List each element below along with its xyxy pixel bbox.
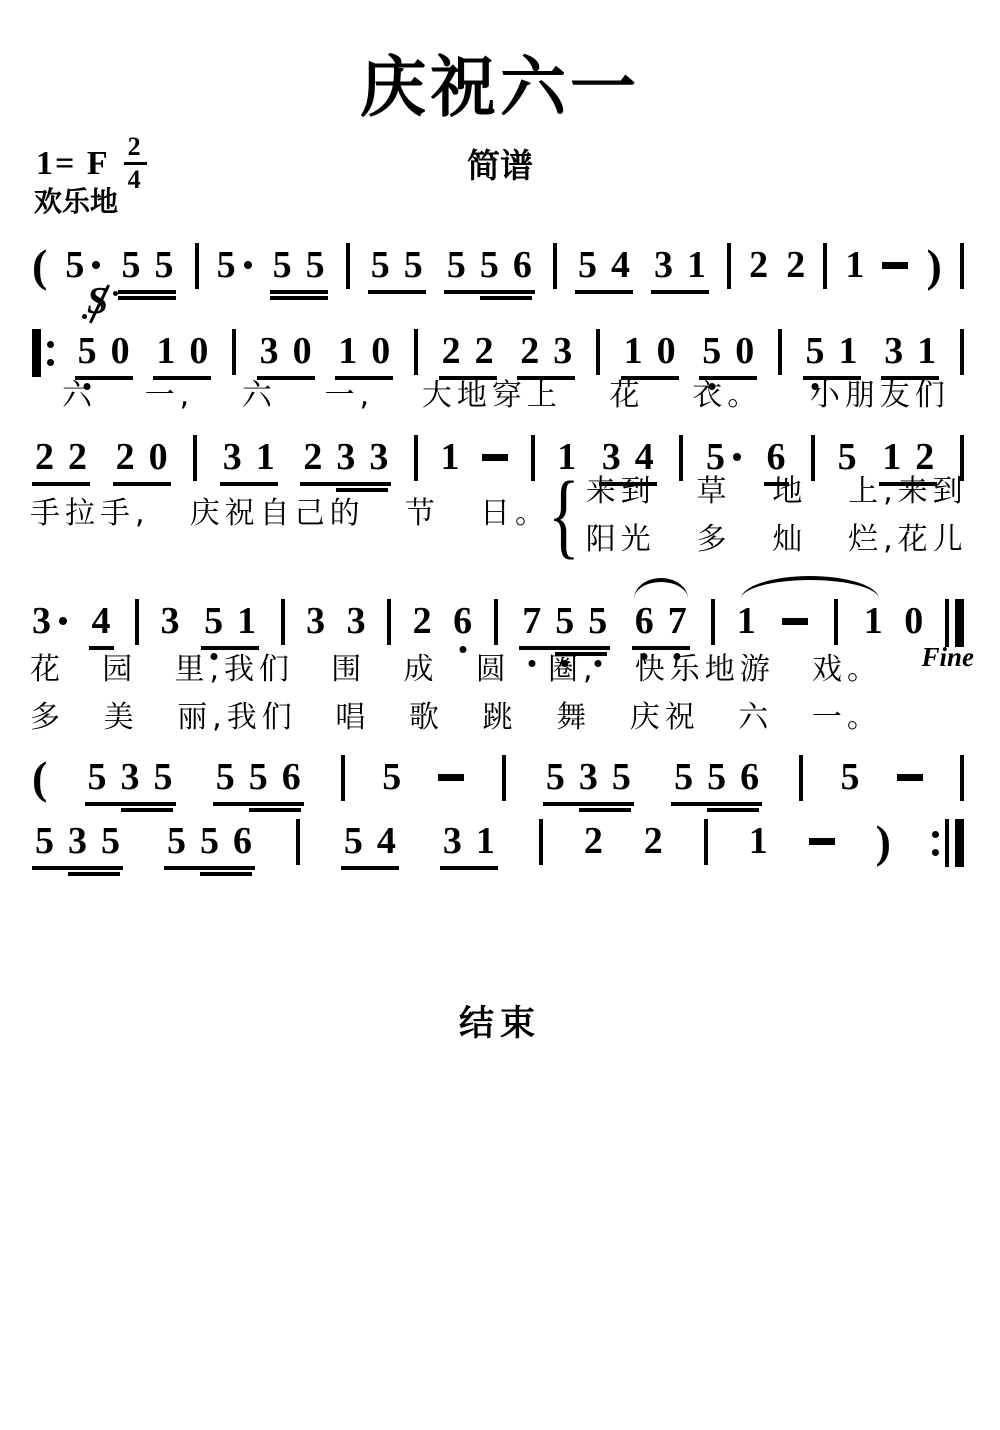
note-digit: 6	[282, 758, 301, 796]
note-digit: 5	[382, 758, 401, 796]
note-token: 5	[555, 602, 574, 640]
lyric-syllable: 草	[697, 474, 732, 510]
barline	[296, 819, 300, 865]
sub-beam: 35	[68, 822, 120, 860]
lyric-syllable: 跳	[483, 700, 518, 736]
rest-note: 0	[111, 332, 130, 370]
barline	[414, 329, 418, 375]
note-token: 3	[223, 438, 242, 476]
note-digit: 1	[338, 332, 357, 370]
duration-dash	[882, 262, 908, 269]
note-token: 5	[344, 822, 363, 860]
note-digit: 1	[864, 602, 883, 640]
note-token: 1	[882, 438, 901, 476]
beam-group: 55	[118, 246, 176, 294]
note-token: 5	[841, 758, 860, 796]
augmentation-dot	[92, 261, 100, 269]
note-digit: 5	[121, 246, 140, 284]
beam-group: 54	[341, 822, 399, 870]
sub-beam: 56	[200, 822, 252, 860]
barline	[531, 435, 535, 481]
sub-beam: 56	[707, 758, 759, 796]
note-digit: 5	[404, 246, 423, 284]
note-token: 7	[668, 602, 687, 640]
note-token: 1	[156, 332, 175, 370]
barline	[346, 243, 350, 289]
note-digit: 2	[68, 438, 87, 476]
augmentation-dot	[244, 261, 252, 269]
note-digit: 5	[480, 246, 499, 284]
note-token: 2	[35, 438, 54, 476]
note-digit: 4	[635, 438, 654, 476]
note-digit: 0	[657, 332, 676, 370]
lyric-syllable: 歌	[409, 700, 444, 736]
note-token: 5	[612, 758, 631, 796]
lyric-syllable: 成	[403, 652, 438, 688]
note-digit: 3	[32, 602, 51, 640]
barline-thin	[945, 599, 949, 647]
note-digit: 5	[35, 822, 54, 860]
note-token: 4	[611, 246, 630, 284]
sub-beam: 55	[555, 602, 607, 640]
note-token: 5	[167, 822, 186, 860]
verse-1-lyrics: 来到草地上,来到	[586, 474, 968, 510]
note-digit: 2	[644, 822, 663, 860]
note-digit: 1	[839, 332, 858, 370]
note-token: 6	[767, 438, 786, 476]
note-token: 5	[154, 246, 173, 284]
note-digit: 2	[116, 438, 135, 476]
note-token: 5	[35, 822, 54, 860]
note-token: 5	[216, 758, 235, 796]
note-digit: 2	[749, 246, 768, 284]
note-digit: 5	[838, 438, 857, 476]
note-token: 5	[588, 602, 607, 640]
sub-beam: 56	[480, 246, 532, 284]
note-digit: 5	[273, 246, 292, 284]
note-digit: 0	[293, 332, 312, 370]
lyric-syllable: 庆祝自己的	[190, 496, 365, 532]
lyrics-line-1: 六一,六一,大地穿上花衣。小朋友们	[62, 378, 950, 414]
rest-note: 0	[735, 332, 754, 370]
lyric-syllable: 里,我们	[174, 652, 294, 688]
beam-group: 535	[85, 758, 176, 806]
lyric-syllable: 节	[405, 496, 440, 532]
beam-group: 535	[543, 758, 634, 806]
lyric-syllable: 多	[697, 522, 732, 558]
beam-group: 556	[213, 758, 304, 806]
beam-group: 55	[270, 246, 328, 294]
lyric-syllable: 园	[102, 652, 137, 688]
note-digit: 1	[845, 246, 864, 284]
note-token: 1	[338, 332, 357, 370]
lyric-syllable: 圆	[476, 652, 511, 688]
beam-group: 233	[300, 438, 391, 486]
beam-group: 556	[444, 246, 535, 294]
note-digit: 5	[841, 758, 860, 796]
note-token: 5	[578, 246, 597, 284]
lyric-syllable: 舞	[556, 700, 591, 736]
note-digit: 5	[65, 246, 84, 284]
lyrics-line-3-verse-1: 花园里,我们围成圆圈,快乐地游戏。	[30, 652, 882, 688]
note-digit: 2	[413, 602, 432, 640]
note-digit: 1	[749, 822, 768, 860]
lyric-syllable: 戏。	[812, 652, 882, 688]
beam-group: 55	[368, 246, 426, 294]
note-token: 3	[121, 758, 140, 796]
page-title: 庆祝六一	[0, 34, 1000, 129]
note-digit: 5	[154, 758, 173, 796]
note-digit: 5	[344, 822, 363, 860]
note-digit: 3	[336, 438, 355, 476]
barline	[281, 599, 285, 645]
lyric-syllable: 花	[30, 652, 65, 688]
note-digit: 5	[249, 758, 268, 796]
barline	[494, 599, 498, 645]
note-token: 3	[306, 602, 325, 640]
note-token: 5	[371, 246, 390, 284]
beam-group: 755	[519, 602, 610, 650]
beam-group: 10	[621, 332, 679, 380]
lyric-syllable: 圈,	[548, 652, 598, 688]
music-line-verse-3: 34351332675567110	[32, 602, 964, 650]
lyric-syllable: 手拉手,	[30, 496, 150, 532]
lyric-syllable: 小朋友们	[810, 378, 950, 414]
lyric-syllable: 灿	[772, 522, 807, 558]
augmentation-dot	[59, 617, 67, 625]
beam-group-slurred: 67	[632, 602, 690, 650]
note-token: 1	[864, 602, 883, 640]
note-digit: 2	[303, 438, 322, 476]
barline	[232, 329, 236, 375]
note-digit: 3	[602, 438, 621, 476]
note-token: 1	[839, 332, 858, 370]
note-digit: 3	[161, 602, 180, 640]
note-token: 2	[442, 332, 461, 370]
note-digit: 5	[78, 332, 97, 370]
note-digit: 6	[635, 602, 654, 640]
rest-note: 0	[371, 332, 390, 370]
note-token: 5	[306, 246, 325, 284]
note-digit: 0	[189, 332, 208, 370]
note-token: 6	[635, 602, 654, 640]
rest-note: 0	[657, 332, 676, 370]
note-token: 5	[706, 438, 741, 476]
lyric-syllable: 一,	[325, 378, 375, 414]
verse-brace: {	[548, 468, 580, 564]
note-token: 3	[654, 246, 673, 284]
note-token: 3	[260, 332, 279, 370]
note-digit: 0	[149, 438, 168, 476]
note-digit: 0	[111, 332, 130, 370]
repeat-dot	[932, 831, 939, 838]
sub-beam: 35	[121, 758, 173, 796]
barline	[414, 435, 418, 481]
lyric-syllable: 一。	[812, 700, 882, 736]
note-digit: 3	[223, 438, 242, 476]
note-digit: 5	[578, 246, 597, 284]
note-digit: 2	[35, 438, 54, 476]
barline	[193, 435, 197, 481]
sub-beam: 35	[579, 758, 631, 796]
note-digit: 5	[167, 822, 186, 860]
phrase-close-paren: )	[876, 822, 891, 862]
note-token: 2	[475, 332, 494, 370]
augmentation-dot	[733, 453, 741, 461]
note-digit: 1	[882, 438, 901, 476]
note-token: 1	[917, 332, 936, 370]
note-digit: 5	[555, 602, 574, 640]
note-digit: 2	[915, 438, 934, 476]
note-digit: 6	[453, 602, 472, 640]
beam-group: 556	[671, 758, 762, 806]
lyric-syllable: 大地穿上	[422, 378, 562, 414]
note-digit: 5	[306, 246, 325, 284]
note-digit: 7	[668, 602, 687, 640]
lyric-syllable: 烂,花儿	[848, 522, 968, 558]
note-token: 1	[749, 822, 768, 860]
note-digit: 3	[654, 246, 673, 284]
note-digit: 1	[156, 332, 175, 370]
beam-group: 51	[803, 332, 861, 380]
beam-group: 50	[75, 332, 133, 380]
note-digit: 5	[101, 822, 120, 860]
verse-2-lyrics: 阳光多灿烂,花儿	[586, 522, 968, 558]
note-token: 1	[237, 602, 256, 640]
sub-beam: 56	[249, 758, 301, 796]
lyric-syllable: 六	[738, 700, 773, 736]
lyric-syllable: 阳光	[586, 522, 656, 558]
barline	[704, 819, 708, 865]
barline	[553, 243, 557, 289]
note-token: 5	[249, 758, 268, 796]
note-token: 6	[740, 758, 759, 796]
sub-beam: 33	[336, 438, 388, 476]
beam-group: 4	[89, 602, 114, 650]
note-token: 3	[347, 602, 366, 640]
note-digit: 5	[674, 758, 693, 796]
barline	[387, 599, 391, 645]
note-digit: 5	[806, 332, 825, 370]
note-token: 2	[915, 438, 934, 476]
note-token: 5	[204, 602, 223, 640]
note-digit: 5	[204, 602, 223, 640]
note-token: 5	[65, 246, 100, 284]
barline	[960, 329, 964, 375]
note-token: 5	[707, 758, 726, 796]
note-token: 6	[453, 602, 472, 640]
note-token: 4	[635, 438, 654, 476]
lyrics-line-2-left: 手拉手,庆祝自己的节日。	[30, 496, 550, 532]
barline-thick	[32, 329, 41, 377]
lyric-syllable: 日。	[480, 496, 550, 532]
beam-group: 54	[575, 246, 633, 294]
note-token: 3	[32, 602, 67, 640]
note-digit: 3	[68, 822, 87, 860]
note-digit: 3	[553, 332, 572, 370]
barline	[823, 243, 827, 289]
note-digit: 1	[737, 602, 756, 640]
note-token: 5	[480, 246, 499, 284]
barline	[960, 755, 964, 801]
note-digit: 5	[217, 246, 236, 284]
note-token: 3	[443, 822, 462, 860]
barline	[778, 329, 782, 375]
beam-group: 22	[439, 332, 497, 380]
repeat-dots	[932, 819, 939, 867]
note-token: 6	[282, 758, 301, 796]
beam-group: 10	[153, 332, 211, 380]
note-token: 3	[336, 438, 355, 476]
note-digit: 6	[233, 822, 252, 860]
note-token: 1	[256, 438, 275, 476]
beam-group: 51	[201, 602, 259, 650]
note-token: 5	[217, 246, 252, 284]
lyric-syllable: 唱	[335, 700, 370, 736]
note-token: 2	[116, 438, 135, 476]
music-line-coda-1: (53555655355565	[32, 758, 964, 806]
barline	[834, 599, 838, 645]
lyric-syllable: 上,来到	[848, 474, 968, 510]
barline	[135, 599, 139, 645]
note-digit: 1	[256, 438, 275, 476]
subtitle: 简谱	[0, 140, 1000, 187]
note-digit: 2	[584, 822, 603, 860]
final-barline	[945, 599, 964, 647]
note-digit: 5	[702, 332, 721, 370]
barline	[799, 755, 803, 801]
lyric-syllable: 丽,我们	[177, 700, 297, 736]
note-token: 5	[447, 246, 466, 284]
note-digit: 2	[520, 332, 539, 370]
music-line-intro: (555555555565431221)	[32, 246, 964, 294]
lyric-syllable: 地	[772, 474, 807, 510]
duration-dash	[809, 838, 835, 845]
note-token: 7	[522, 602, 541, 640]
note-digit: 5	[707, 758, 726, 796]
lyric-syllable: 多	[30, 700, 65, 736]
note-token: 3	[602, 438, 621, 476]
note-digit: 5	[546, 758, 565, 796]
note-digit: 5	[200, 822, 219, 860]
note-token: 5	[88, 758, 107, 796]
note-digit: 3	[347, 602, 366, 640]
note-digit: 1	[237, 602, 256, 640]
note-token: 2	[786, 246, 805, 284]
note-digit: 3	[306, 602, 325, 640]
repeat-dots	[47, 329, 54, 377]
phrase-open-paren: (	[32, 246, 47, 286]
note-digit: 5	[588, 602, 607, 640]
note-token: 2	[68, 438, 87, 476]
barline	[960, 243, 964, 289]
note-token: 2	[584, 822, 603, 860]
beam-group: 31	[881, 332, 939, 380]
barline	[502, 755, 506, 801]
note-token: 5	[806, 332, 825, 370]
note-digit: 4	[377, 822, 396, 860]
barline	[341, 755, 345, 801]
note-token: 5	[78, 332, 97, 370]
note-digit: 2	[786, 246, 805, 284]
barline	[539, 819, 543, 865]
repeat-dot	[47, 359, 54, 366]
note-digit: 1	[440, 438, 459, 476]
lyric-syllable: 美	[104, 700, 139, 736]
note-digit: 6	[513, 246, 532, 284]
rest-note: 0	[149, 438, 168, 476]
note-token: 3	[579, 758, 598, 796]
note-token: 3	[369, 438, 388, 476]
note-token: 1	[440, 438, 459, 476]
segno-icon: S	[82, 282, 118, 328]
note-token: 3	[553, 332, 572, 370]
beam-group: 31	[440, 822, 498, 870]
note-digit: 5	[447, 246, 466, 284]
note-token: 1	[845, 246, 864, 284]
note-digit: 0	[371, 332, 390, 370]
phrase-close-paren: )	[926, 246, 941, 286]
note-digit: 1	[917, 332, 936, 370]
repeat-dot	[47, 341, 54, 348]
note-digit: 3	[260, 332, 279, 370]
rest-note: 0	[904, 602, 923, 640]
note-digit: 1	[687, 246, 706, 284]
music-line-coda-2: 5355565431221)	[32, 822, 964, 870]
rest-note: 0	[189, 332, 208, 370]
note-token: 5	[674, 758, 693, 796]
open-repeat-barline	[32, 329, 54, 377]
barline	[195, 243, 199, 289]
note-token: 2	[644, 822, 663, 860]
beam-group: 535	[32, 822, 123, 870]
note-digit: 5	[88, 758, 107, 796]
note-token: 5	[200, 822, 219, 860]
beam-group: 556	[164, 822, 255, 870]
note-digit: 3	[884, 332, 903, 370]
beam-group: 23	[517, 332, 575, 380]
beam-group: 22	[32, 438, 90, 486]
note-digit: 2	[475, 332, 494, 370]
note-token: 1	[687, 246, 706, 284]
note-digit: 5	[371, 246, 390, 284]
note-digit: 4	[92, 602, 111, 640]
note-digit: 6	[740, 758, 759, 796]
duration-dash	[438, 774, 464, 781]
duration-dash	[482, 454, 508, 461]
note-token: 1	[476, 822, 495, 860]
phrase-open-paren: (	[32, 758, 47, 798]
note-digit: 2	[442, 332, 461, 370]
note-token: 5	[121, 246, 140, 284]
lyric-syllable: 一,	[145, 378, 195, 414]
beam-group: 20	[113, 438, 171, 486]
verse-bracket-block: { 来到草地上,来到 阳光多灿烂,花儿	[548, 474, 968, 558]
lyric-syllable: 来到	[586, 474, 656, 510]
beam-group: 31	[651, 246, 709, 294]
barline	[727, 243, 731, 289]
note-digit: 5	[612, 758, 631, 796]
note-token: 4	[377, 822, 396, 860]
note-token: 5	[838, 438, 857, 476]
note-digit: 5	[706, 438, 725, 476]
duration-dash	[897, 774, 923, 781]
music-line-verse-1: S 50103010222310505131	[32, 332, 964, 380]
lyrics-line-3-verse-2: 多美丽,我们唱歌跳舞庆祝六一。	[30, 700, 882, 736]
note-token: 2	[413, 602, 432, 640]
note-token: 5	[154, 758, 173, 796]
end-label: 结束	[0, 996, 1000, 1046]
